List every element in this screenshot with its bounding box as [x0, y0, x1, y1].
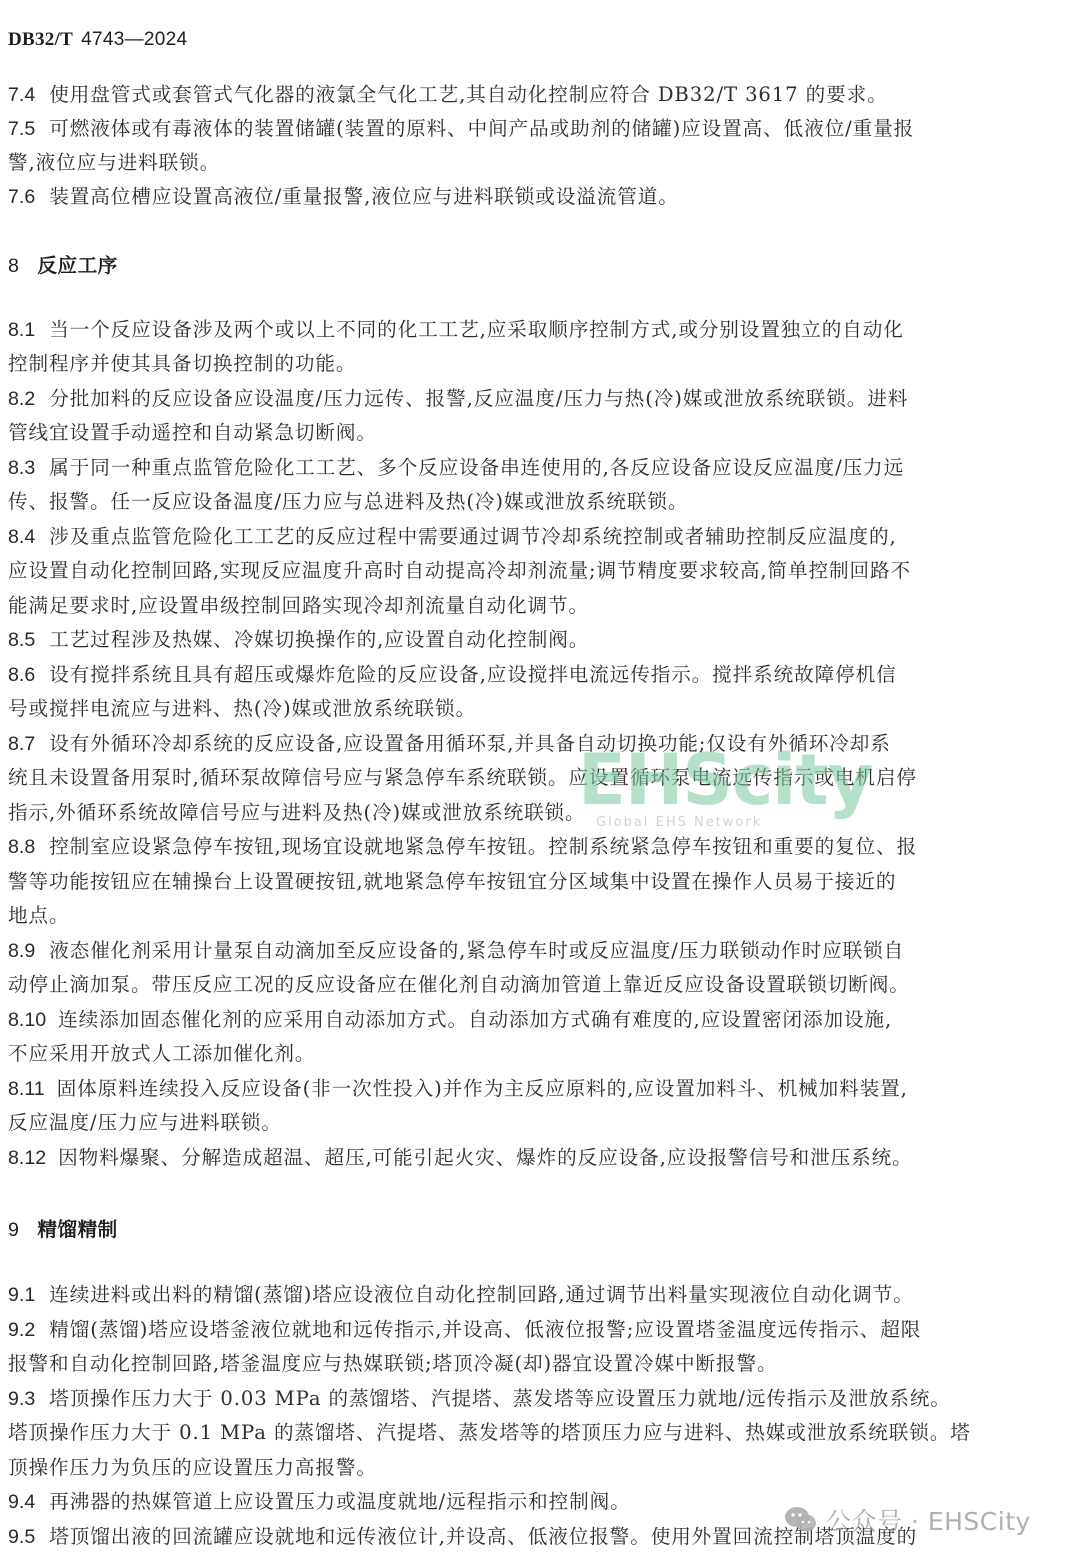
clause-text: 连续添加固态催化剂的应采用自动添加方式。自动添加方式确有难度的,应设置密闭添加设…: [58, 1008, 892, 1031]
clause-continuation-line: 塔顶操作压力大于 0.1 MPa 的蒸馏塔、汽提塔、蒸发塔等的塔顶压力应与进料、…: [8, 1416, 1048, 1450]
clause-continuation-line: 顶操作压力为负压的应设置压力高报警。: [8, 1451, 1048, 1485]
clause-text: 再沸器的热媒管道上应设置压力或温度就地/远程指示和控制阀。: [49, 1490, 630, 1513]
clause-text: 警,液位应与进料联锁。: [8, 151, 220, 174]
clause-text: 统且未设置备用泵时,循环泵故障信号应与紧急停车系统联锁。应设置循环泵电流远传指示…: [8, 766, 917, 789]
clause-text: 装置高位槽应设置高液位/重量报警,液位应与进料联锁或设溢流管道。: [49, 185, 678, 208]
section-heading-9: 9精馏精制: [8, 1213, 118, 1247]
clause-continuation-line: 号或搅拌电流应与进料、热(冷)媒或泄放系统联锁。: [8, 692, 1048, 726]
clause-line-7-5: 7.5可燃液体或有毒液体的装置储罐(装置的原料、中间产品或助剂的储罐)应设置高、…: [8, 112, 1048, 146]
clause-number: 8.8: [8, 830, 35, 864]
clause-line-9-4: 9.4再沸器的热媒管道上应设置压力或温度就地/远程指示和控制阀。: [8, 1485, 1048, 1519]
clause-line-8-1: 8.1当一个反应设备涉及两个或以上不同的化工工艺,应采取顺序控制方式,或分别设置…: [8, 313, 1048, 347]
clause-number: 9.5: [8, 1520, 35, 1554]
clause-line-8-10: 8.10连续添加固态催化剂的应采用自动添加方式。自动添加方式确有难度的,应设置密…: [8, 1003, 1048, 1037]
clause-text: 顶操作压力为负压的应设置压力高报警。: [8, 1456, 377, 1479]
clause-number: 8.2: [8, 382, 35, 416]
clause-line-8-4: 8.4涉及重点监管危险化工工艺的反应过程中需要通过调节冷却系统控制或者辅助控制反…: [8, 520, 1048, 554]
clause-number: 7.4: [8, 78, 35, 112]
clause-number: 8.1: [8, 313, 35, 347]
clause-line-8-11: 8.11固体原料连续投入反应设备(非一次性投入)并作为主反应原料的,应设置加料斗…: [8, 1072, 1048, 1106]
clause-number: 8.5: [8, 623, 35, 657]
clause-number: 9.1: [8, 1278, 35, 1312]
section-title: 反应工序: [37, 255, 117, 277]
clause-line-8-3: 8.3属于同一种重点监管危险化工工艺、多个反应设备串连使用的,各反应设备应设反应…: [8, 451, 1048, 485]
clause-continuation-line: 传、报警。任一反应设备温度/压力应与总进料及热(冷)媒或泄放系统联锁。: [8, 485, 1048, 519]
clause-continuation-line: 不应采用开放式人工添加催化剂。: [8, 1037, 1048, 1071]
clause-text: 塔顶操作压力大于 0.03 MPa 的蒸馏塔、汽提塔、蒸发塔等应设置压力就地/远…: [49, 1387, 951, 1410]
clause-text: 指示,外循环系统故障信号应与进料及热(冷)媒或泄放系统联锁。: [8, 801, 586, 824]
section-number: 8: [8, 255, 19, 277]
clause-line-8-9: 8.9液态催化剂采用计量泵自动滴加至反应设备的,紧急停车时或反应温度/压力联锁动…: [8, 934, 1048, 968]
standard-prefix: DB32/T: [8, 29, 73, 50]
clause-number: 9.3: [8, 1382, 35, 1416]
clause-line-8-2: 8.2分批加料的反应设备应设温度/压力远传、报警,反应温度/压力与热(冷)媒或泄…: [8, 382, 1048, 416]
clause-line-8-8: 8.8控制室应设紧急停车按钮,现场宜设就地紧急停车按钮。控制系统紧急停车按钮和重…: [8, 830, 1048, 864]
clause-text: 液态催化剂采用计量泵自动滴加至反应设备的,紧急停车时或反应温度/压力联锁动作时应…: [49, 939, 904, 962]
clause-continuation-line: 应设置自动化控制回路,实现反应温度升高时自动提高冷却剂流量;调节精度要求较高,简…: [8, 554, 1048, 588]
clause-continuation-line: 地点。: [8, 899, 1048, 933]
clause-line-7-6: 7.6装置高位槽应设置高液位/重量报警,液位应与进料联锁或设溢流管道。: [8, 180, 1048, 214]
section-number: 9: [8, 1219, 19, 1241]
clause-line-9-3: 9.3塔顶操作压力大于 0.03 MPa 的蒸馏塔、汽提塔、蒸发塔等应设置压力就…: [8, 1382, 1048, 1416]
clause-continuation-line: 动停止滴加泵。带压反应工况的反应设备应在催化剂自动滴加管道上靠近反应设备设置联锁…: [8, 968, 1048, 1002]
clause-text: 传、报警。任一反应设备温度/压力应与总进料及热(冷)媒或泄放系统联锁。: [8, 490, 688, 513]
clause-text: 不应采用开放式人工添加催化剂。: [8, 1042, 315, 1065]
clause-text: 属于同一种重点监管危险化工工艺、多个反应设备串连使用的,各反应设备应设反应温度/…: [49, 456, 904, 479]
clause-number: 8.9: [8, 934, 35, 968]
clause-line-7-4: 7.4使用盘管式或套管式气化器的液氯全气化工艺,其自动化控制应符合 DB32/T…: [8, 78, 1048, 112]
clause-line-8-12: 8.12因物料爆聚、分解造成超温、超压,可能引起火灾、爆炸的反应设备,应设报警信…: [8, 1141, 1048, 1175]
clause-continuation-line: 能满足要求时,应设置串级控制回路实现冷却剂流量自动化调节。: [8, 589, 1048, 623]
clause-text: 分批加料的反应设备应设温度/压力远传、报警,反应温度/压力与热(冷)媒或泄放系统…: [49, 387, 908, 410]
clause-text: 管线宜设置手动遥控和自动紧急切断阀。: [8, 421, 377, 444]
clause-number: 7.6: [8, 180, 35, 214]
clause-text: 因物料爆聚、分解造成超温、超压,可能引起火灾、爆炸的反应设备,应设报警信号和泄压…: [58, 1146, 913, 1169]
clause-text: 塔顶操作压力大于 0.1 MPa 的蒸馏塔、汽提塔、蒸发塔等的塔顶压力应与进料、…: [8, 1421, 971, 1444]
clause-continuation-line: 警,液位应与进料联锁。: [8, 146, 1048, 180]
clause-line-9-2: 9.2精馏(蒸馏)塔应设塔釜液位就地和远传指示,并设高、低液位报警;应设置塔釜温…: [8, 1313, 1048, 1347]
clause-number: 9.2: [8, 1313, 35, 1347]
clause-line-9-1: 9.1连续进料或出料的精馏(蒸馏)塔应设液位自动化控制回路,通过调节出料量实现液…: [8, 1278, 1048, 1312]
standard-code-header: DB32/T4743—2024: [8, 28, 187, 51]
document-page: DB32/T4743—2024 7.4使用盘管式或套管式气化器的液氯全气化工艺,…: [0, 0, 1080, 1564]
clause-continuation-line: 控制程序并使其具备切换控制的功能。: [8, 347, 1048, 381]
clause-text: 控制程序并使其具备切换控制的功能。: [8, 352, 356, 375]
clause-text: 警等功能按钮应在辅操台上设置硬按钮,就地紧急停车按钮宜分区域集中设置在操作人员易…: [8, 870, 896, 893]
clause-continuation-line: 指示,外循环系统故障信号应与进料及热(冷)媒或泄放系统联锁。: [8, 796, 1048, 830]
clause-continuation-line: 管线宜设置手动遥控和自动紧急切断阀。: [8, 416, 1048, 450]
clause-text: 控制室应设紧急停车按钮,现场宜设就地紧急停车按钮。控制系统紧急停车按钮和重要的复…: [49, 835, 917, 858]
clause-text: 连续进料或出料的精馏(蒸馏)塔应设液位自动化控制回路,通过调节出料量实现液位自动…: [49, 1283, 913, 1306]
clause-number: 7.5: [8, 112, 35, 146]
section-heading-8: 8反应工序: [8, 249, 118, 283]
clause-continuation-line: 报警和自动化控制回路,塔釜温度应与热媒联锁;塔顶冷凝(却)器宜设置冷媒中断报警。: [8, 1347, 1048, 1381]
clause-number: 8.10: [8, 1003, 46, 1037]
clause-number: 8.7: [8, 727, 35, 761]
clause-number: 9.4: [8, 1485, 35, 1519]
clause-number: 8.3: [8, 451, 35, 485]
clause-continuation-line: 警等功能按钮应在辅操台上设置硬按钮,就地紧急停车按钮宜分区域集中设置在操作人员易…: [8, 865, 1048, 899]
clause-text: 塔顶馏出液的回流罐应设就地和远传液位计,并设高、低液位报警。使用外置回流控制塔顶…: [49, 1525, 917, 1548]
clause-text: 应设置自动化控制回路,实现反应温度升高时自动提高冷却剂流量;调节精度要求较高,简…: [8, 559, 911, 582]
clause-text: 能满足要求时,应设置串级控制回路实现冷却剂流量自动化调节。: [8, 594, 589, 617]
clause-text: 号或搅拌电流应与进料、热(冷)媒或泄放系统联锁。: [8, 697, 476, 720]
clause-line-8-5: 8.5工艺过程涉及热媒、冷媒切换操作的,应设置自动化控制阀。: [8, 623, 1048, 657]
clause-text: 涉及重点监管危险化工工艺的反应过程中需要通过调节冷却系统控制或者辅助控制反应温度…: [49, 525, 896, 548]
clause-number: 8.4: [8, 520, 35, 554]
clause-text: 当一个反应设备涉及两个或以上不同的化工工艺,应采取顺序控制方式,或分别设置独立的…: [49, 318, 904, 341]
section-title: 精馏精制: [37, 1219, 117, 1241]
clause-text: 报警和自动化控制回路,塔釜温度应与热媒联锁;塔顶冷凝(却)器宜设置冷媒中断报警。: [8, 1352, 778, 1375]
clause-text: 可燃液体或有毒液体的装置储罐(装置的原料、中间产品或助剂的储罐)应设置高、低液位…: [49, 117, 914, 140]
clause-continuation-line: 统且未设置备用泵时,循环泵故障信号应与紧急停车系统联锁。应设置循环泵电流远传指示…: [8, 761, 1048, 795]
clause-text: 反应温度/压力应与进料联锁。: [8, 1111, 282, 1134]
clause-text: 地点。: [8, 904, 69, 927]
clause-number: 8.12: [8, 1141, 46, 1175]
clause-line-8-6: 8.6设有搅拌系统且具有超压或爆炸危险的反应设备,应设搅拌电流远传指示。搅拌系统…: [8, 658, 1048, 692]
clause-text: 使用盘管式或套管式气化器的液氯全气化工艺,其自动化控制应符合 DB32/T 36…: [49, 83, 887, 106]
clause-text: 设有搅拌系统且具有超压或爆炸危险的反应设备,应设搅拌电流远传指示。搅拌系统故障停…: [49, 663, 896, 686]
clause-number: 8.6: [8, 658, 35, 692]
clause-continuation-line: 反应温度/压力应与进料联锁。: [8, 1106, 1048, 1140]
clause-number: 8.11: [8, 1072, 45, 1106]
clause-text: 工艺过程涉及热媒、冷媒切换操作的,应设置自动化控制阀。: [49, 628, 589, 651]
standard-number: 4743—2024: [81, 29, 187, 50]
clause-text: 精馏(蒸馏)塔应设塔釜液位就地和远传指示,并设高、低液位报警;应设置塔釜温度远传…: [49, 1318, 921, 1341]
clause-line-9-5: 9.5塔顶馏出液的回流罐应设就地和远传液位计,并设高、低液位报警。使用外置回流控…: [8, 1520, 1048, 1554]
clause-text: 动停止滴加泵。带压反应工况的反应设备应在催化剂自动滴加管道上靠近反应设备设置联锁…: [8, 973, 910, 996]
clause-text: 设有外循环冷却系统的反应设备,应设置备用循环泵,并具备自动切换功能;仅设有外循环…: [49, 732, 891, 755]
clause-text: 固体原料连续投入反应设备(非一次性投入)并作为主反应原料的,应设置加料斗、机械加…: [57, 1077, 908, 1100]
clause-line-8-7: 8.7设有外循环冷却系统的反应设备,应设置备用循环泵,并具备自动切换功能;仅设有…: [8, 727, 1048, 761]
